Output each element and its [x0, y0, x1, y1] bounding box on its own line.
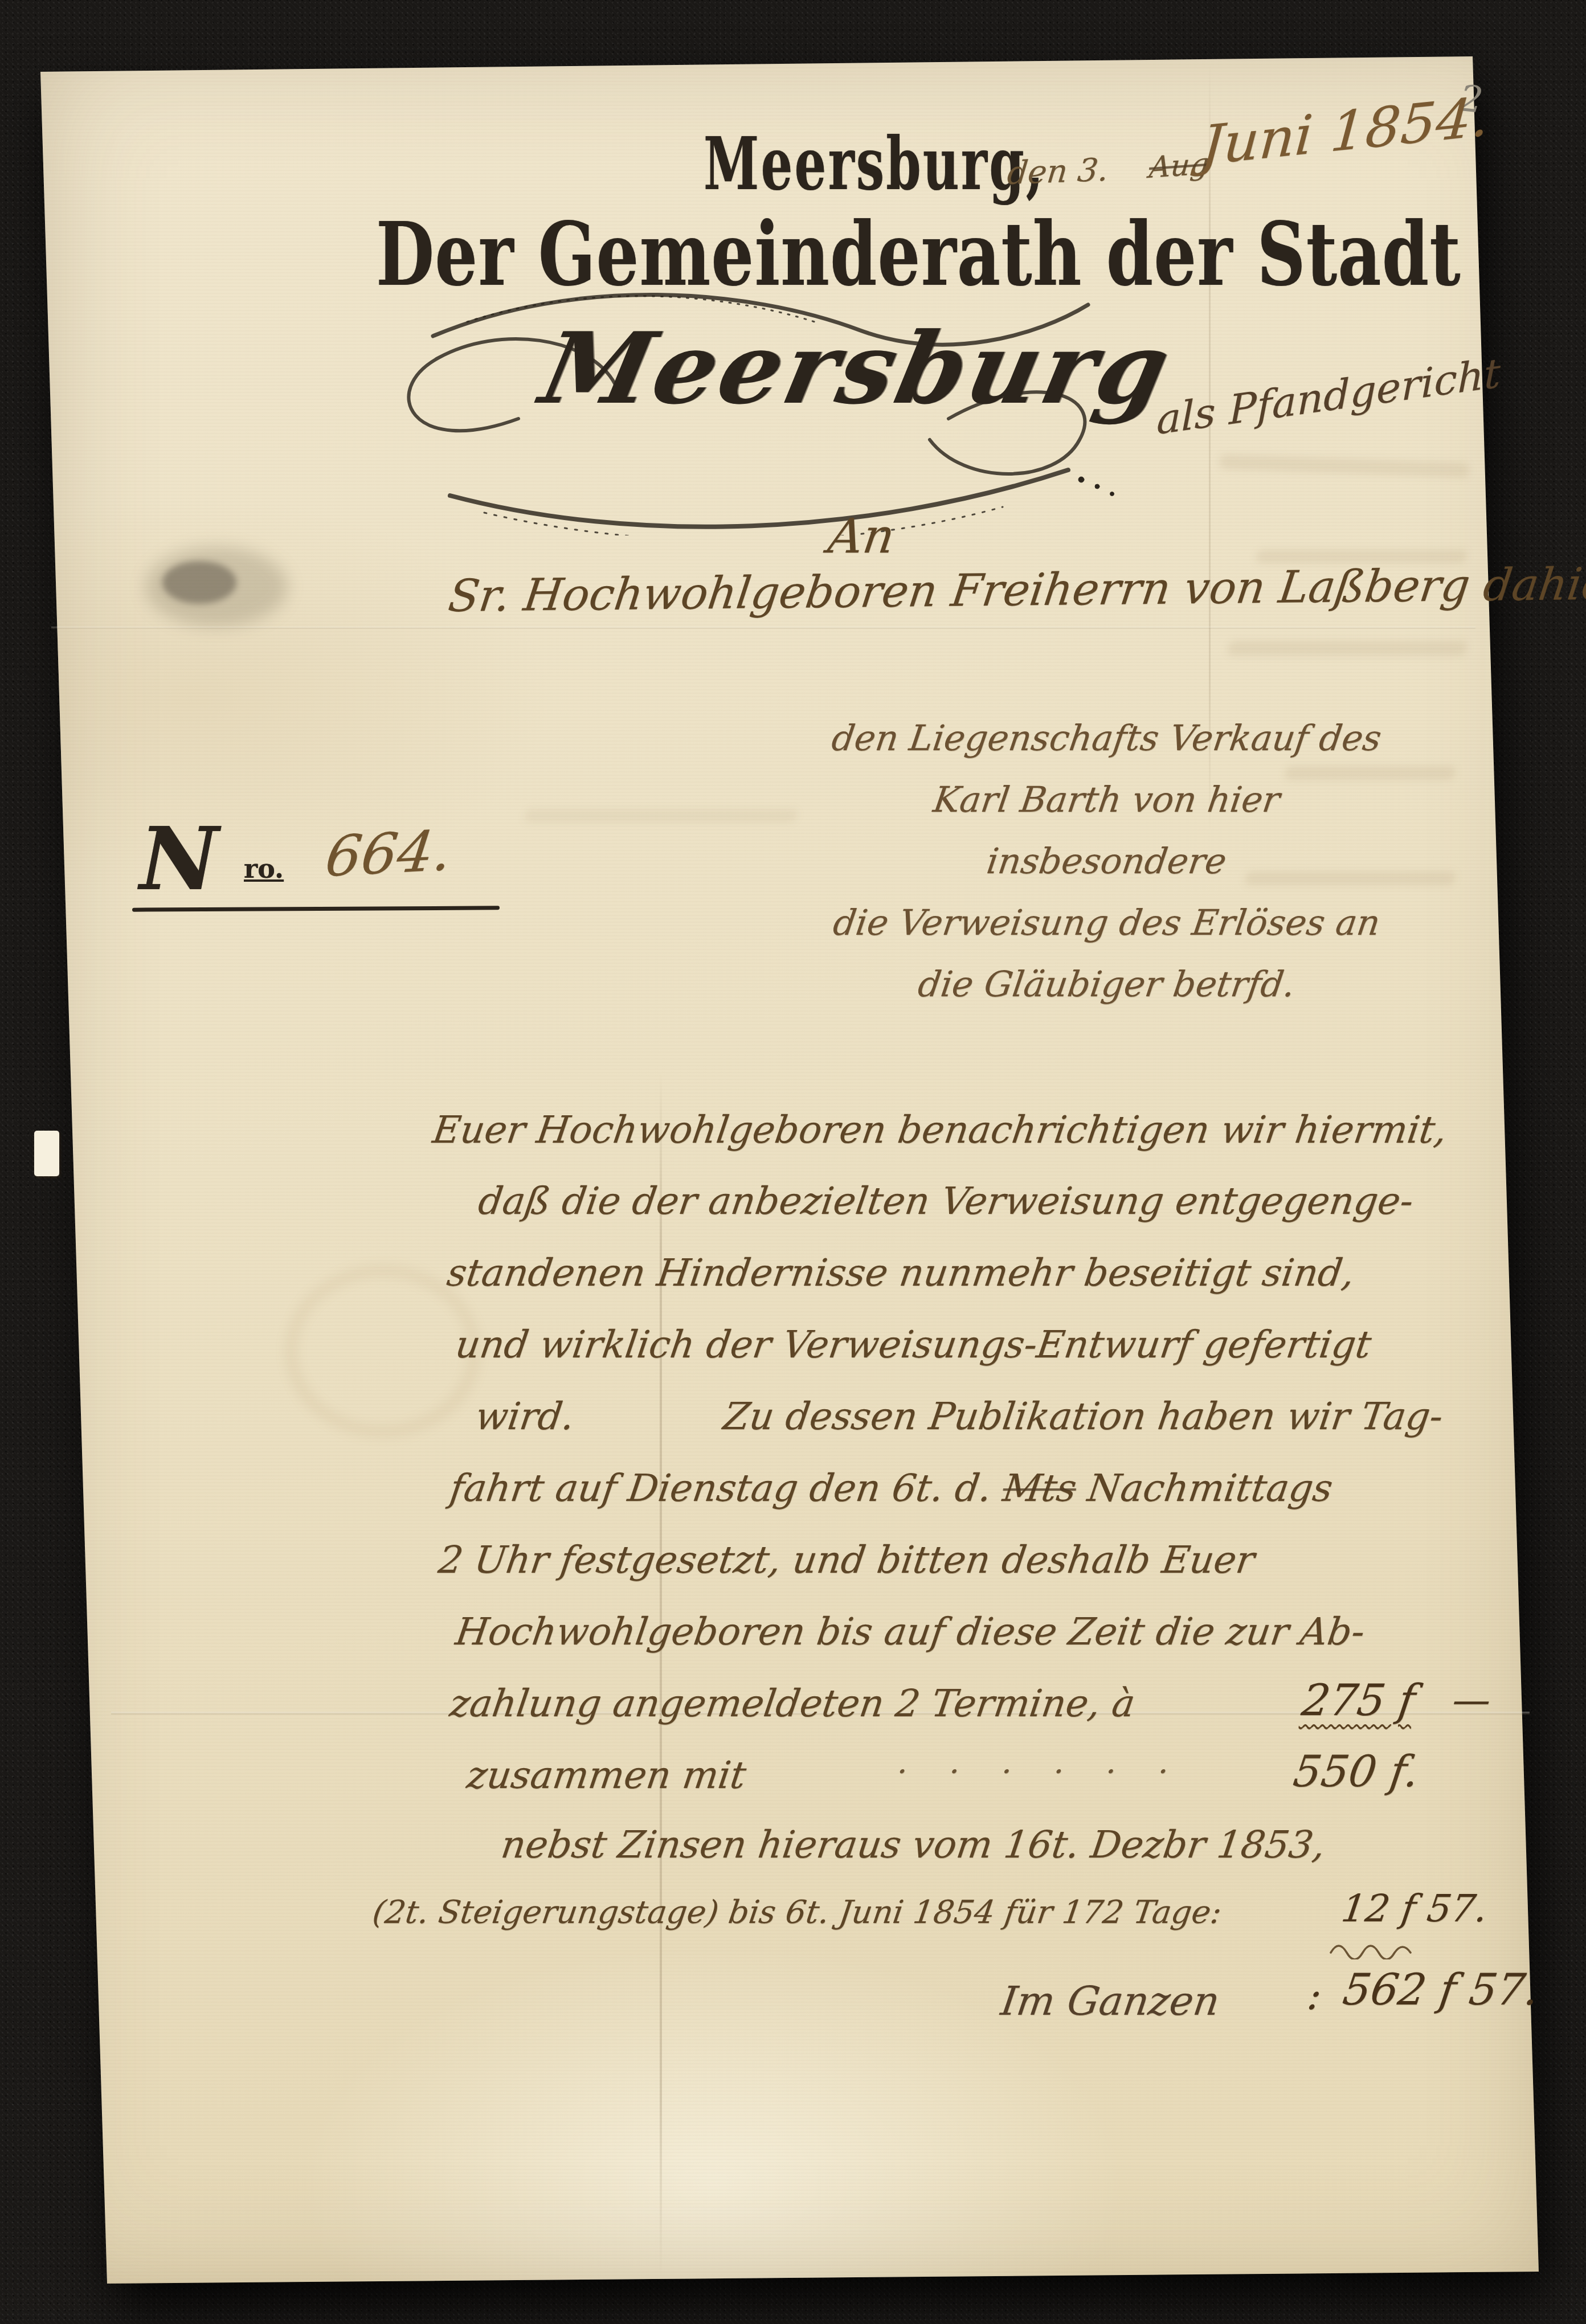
body-line-4: und wirklich der Verweisungs-Entwurf gef… — [453, 1323, 1374, 1366]
bleedthrough-mark — [523, 809, 798, 823]
body-line-10-text: zusammen mit — [464, 1753, 749, 1797]
body-line-2: daß die der anbezielten Verweisung entge… — [476, 1179, 1416, 1223]
bleedthrough-mark — [1227, 641, 1468, 656]
subject-block: den Liegenschafts Verkauf des Karl Barth… — [798, 707, 1407, 1015]
body-line-11: nebst Zinsen hieraus vom 16t. Dezbr 1853… — [498, 1823, 1328, 1867]
amount-sum: 550 f. — [1290, 1746, 1422, 1797]
body-line-8: Hochwohlgeboren bis auf diese Zeit die z… — [453, 1610, 1368, 1654]
body-line-9-text: zahlung angemeldeten 2 Termine, à — [447, 1681, 1138, 1725]
amount-per-term: 275 f — [1299, 1675, 1419, 1725]
edge-tab — [34, 1131, 59, 1176]
date-handwritten-prefix: den 3. — [1005, 152, 1110, 192]
recipient-to: An — [825, 508, 898, 564]
body-line-1: Euer Hochwohlgeboren benachrichtigen wir… — [430, 1108, 1450, 1152]
amount-total: 562 f 57. — [1340, 1964, 1542, 2015]
body-line-6-tail: Nachmittags — [1085, 1466, 1336, 1510]
letterhead-org-name-calligraphic: Meersburg — [532, 310, 1182, 426]
body-line-6-struck-word: Mts — [1000, 1466, 1080, 1510]
body-line-12-text: (2t. Steigerungstage) bis 6t. Juni 1854 … — [370, 1894, 1224, 1931]
reference-number-prefix: N — [140, 808, 219, 910]
subject-line: die Verweisung des Erlöses an — [798, 892, 1416, 954]
amount-interest: 12 f 57. — [1339, 1887, 1490, 1930]
reference-number-superscript: ro. — [244, 853, 284, 884]
ink-squiggle — [1327, 1936, 1424, 1959]
subject-line: die Gläubiger betrfd. — [798, 954, 1416, 1015]
photograph-of-document: 2 Meersburg, den 3. Aug Juni 1854. Der G… — [0, 0, 1586, 2324]
amount-per-term-dash: — — [1450, 1678, 1494, 1722]
reference-number-value: 664. — [322, 819, 455, 890]
body-line-7: 2 Uhr festgesetzt, und bitten deshalb Eu… — [436, 1538, 1257, 1582]
subject-line: den Liegenschafts Verkauf des — [798, 707, 1416, 769]
body-line-5b: Zu dessen Publikation haben wir Tag- — [721, 1394, 1446, 1438]
subject-line: Karl Barth von hier — [798, 769, 1416, 830]
body-line-6: fahrt auf Dienstag den 6t. d. Mts Nachmi… — [447, 1466, 1335, 1510]
subject-line: insbesondere — [798, 830, 1416, 892]
dot-leader: · · · · · · — [894, 1753, 1187, 1790]
letterhead-place: Meersburg, — [704, 121, 1045, 207]
body-line-3: standenen Hindernisse nunmehr beseitigt … — [444, 1251, 1357, 1295]
total-label: Im Ganzen — [998, 1978, 1223, 2024]
body-line-6-text: fahrt auf Dienstag den 6t. d. — [447, 1466, 994, 1510]
body-line-5a: wird. — [473, 1394, 577, 1438]
